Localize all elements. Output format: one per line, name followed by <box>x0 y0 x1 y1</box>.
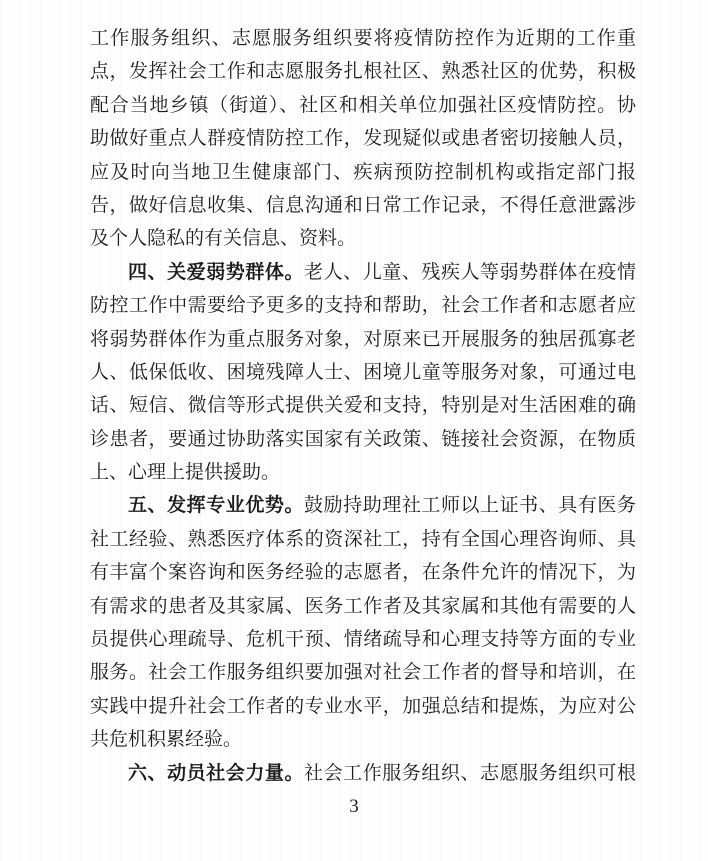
text-line: 实践中提升社会工作者的专业水平，加强总结和提炼，为应对公 <box>90 690 636 723</box>
line-text: 配合当地乡镇（街道）、社区和相关单位加强社区疫情防控。协 <box>90 95 636 116</box>
line-text: 告，做好信息收集、信息沟通和日常工作记录，不得任意泄露涉 <box>90 195 636 216</box>
line-text: 实践中提升社会工作者的专业水平，加强总结和提炼，为应对公 <box>90 696 636 717</box>
section-heading: 四、关爱弱势群体。 <box>128 262 304 283</box>
text-line: 及个人隐私的有关信息、资料。 <box>90 222 636 255</box>
text-line: 配合当地乡镇（街道）、社区和相关单位加强社区疫情防控。协 <box>90 89 636 122</box>
text-line: 点，发挥社会工作和志愿服务扎根社区、熟悉社区的优势，积极 <box>90 55 636 88</box>
text-line: 将弱势群体作为重点服务对象，对原来已开展服务的独居孤寡老 <box>90 323 636 356</box>
text-line: 上、心理上提供援助。 <box>90 456 636 489</box>
line-text: 诊患者，要通过协助落实国家有关政策、链接社会资源，在物质 <box>90 429 636 450</box>
line-text: 点，发挥社会工作和志愿服务扎根社区、熟悉社区的优势，积极 <box>90 61 636 82</box>
line-text: 上、心理上提供援助。 <box>90 462 280 483</box>
line-text: 将弱势群体作为重点服务对象，对原来已开展服务的独居孤寡老 <box>90 329 636 350</box>
text-line: 工作服务组织、志愿服务组织要将疫情防控作为近期的工作重 <box>90 22 636 55</box>
paragraph-heading-line: 四、关爱弱势群体。老人、儿童、残疾人等弱势群体在疫情 <box>90 256 636 289</box>
line-text: 工作服务组织、志愿服务组织要将疫情防控作为近期的工作重 <box>90 28 636 49</box>
text-line: 防控工作中需要给予更多的支持和帮助，社会工作者和志愿者应 <box>90 289 636 322</box>
line-text: 助做好重点人群疫情防控工作，发现疑似或患者密切接触人员， <box>90 128 636 149</box>
text-line: 共危机积累经验。 <box>90 723 636 756</box>
line-text: 应及时向当地卫生健康部门、疾病预防控制机构或指定部门报 <box>90 162 636 183</box>
text-line: 人、低保低收、困境残障人士、困境儿童等服务对象，可通过电 <box>90 356 636 389</box>
text-line: 有需求的患者及其家属、医务工作者及其家属和其他有需要的人 <box>90 590 636 623</box>
section-heading: 五、发挥专业优势。 <box>128 495 304 516</box>
text-line: 有丰富个案咨询和医务经验的志愿者，在条件允许的情况下，为 <box>90 556 636 589</box>
page-number: 3 <box>0 796 708 818</box>
line-text: 社会工作服务组织、志愿服务组织可根 <box>304 763 636 784</box>
line-text: 共危机积累经验。 <box>90 729 242 750</box>
text-line: 员提供心理疏导、危机干预、情绪疏导和心理支持等方面的专业 <box>90 623 636 656</box>
line-text: 及个人隐私的有关信息、资料。 <box>90 228 356 249</box>
text-line: 社工经验、熟悉医疗体系的资深社工，持有全国心理咨询师、具 <box>90 523 636 556</box>
paragraph-heading-line: 五、发挥专业优势。鼓励持助理社工师以上证书、具有医务 <box>90 489 636 522</box>
section-heading: 六、动员社会力量。 <box>128 763 304 784</box>
line-text: 社工经验、熟悉医疗体系的资深社工，持有全国心理咨询师、具 <box>90 529 636 550</box>
line-text: 人、低保低收、困境残障人士、困境儿童等服务对象，可通过电 <box>90 362 636 383</box>
text-line: 告，做好信息收集、信息沟通和日常工作记录，不得任意泄露涉 <box>90 189 636 222</box>
text-line: 应及时向当地卫生健康部门、疾病预防控制机构或指定部门报 <box>90 156 636 189</box>
text-line: 服务。社会工作服务组织要加强对社会工作者的督导和培训，在 <box>90 656 636 689</box>
line-text: 鼓励持助理社工师以上证书、具有医务 <box>304 495 636 516</box>
line-text: 话、短信、微信等形式提供关爱和支持，特别是对生活困难的确 <box>90 395 636 416</box>
document-page: 工作服务组织、志愿服务组织要将疫情防控作为近期的工作重点，发挥社会工作和志愿服务… <box>0 0 708 861</box>
line-text: 员提供心理疏导、危机干预、情绪疏导和心理支持等方面的专业 <box>90 629 636 650</box>
text-line: 助做好重点人群疫情防控工作，发现疑似或患者密切接触人员， <box>90 122 636 155</box>
line-text: 有需求的患者及其家属、医务工作者及其家属和其他有需要的人 <box>90 596 636 617</box>
line-text: 有丰富个案咨询和医务经验的志愿者，在条件允许的情况下，为 <box>90 562 636 583</box>
paragraph-heading-line: 六、动员社会力量。社会工作服务组织、志愿服务组织可根 <box>90 757 636 790</box>
line-text: 老人、儿童、残疾人等弱势群体在疫情 <box>304 262 636 283</box>
text-line: 诊患者，要通过协助落实国家有关政策、链接社会资源，在物质 <box>90 423 636 456</box>
document-text-block: 工作服务组织、志愿服务组织要将疫情防控作为近期的工作重点，发挥社会工作和志愿服务… <box>90 22 636 790</box>
line-text: 服务。社会工作服务组织要加强对社会工作者的督导和培训，在 <box>90 662 636 683</box>
line-text: 防控工作中需要给予更多的支持和帮助，社会工作者和志愿者应 <box>90 295 636 316</box>
text-line: 话、短信、微信等形式提供关爱和支持，特别是对生活困难的确 <box>90 389 636 422</box>
